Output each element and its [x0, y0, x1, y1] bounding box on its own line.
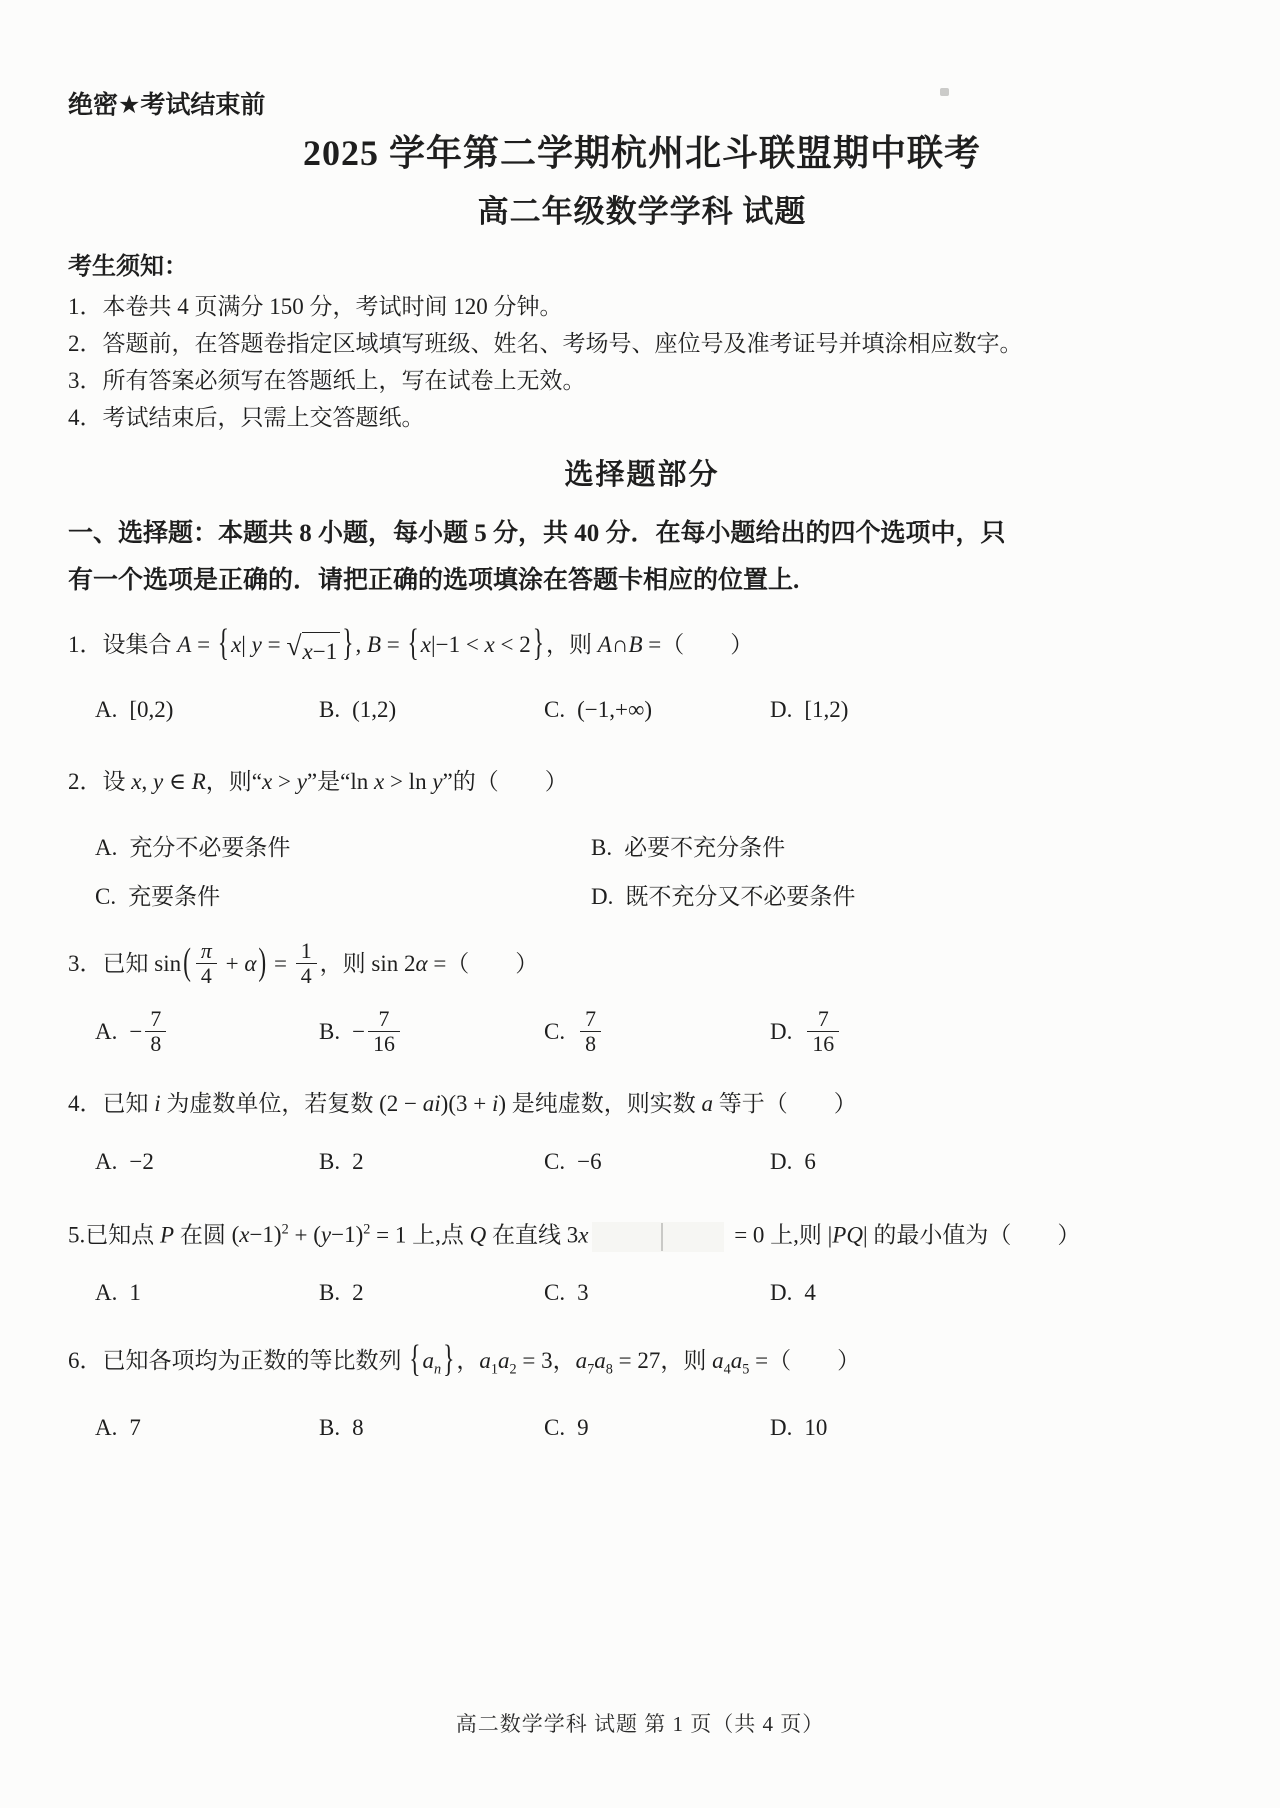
- option-D: D.4: [770, 1280, 1216, 1306]
- question-5: 5.已知点 P 在圆 (x−1)2 + (y−1)2 = 1 上,点 Q 在直线…: [68, 1211, 1216, 1307]
- question-2: 2．设 x, y ∈ R，则“x > y”是“ln x > ln y”的（ ）A…: [68, 763, 1216, 911]
- notice-item: 2．答题前，在答题卷指定区域填写班级、姓名、考场号、座位号及准考证号并填涂相应数…: [68, 325, 1216, 362]
- option-B: B.8: [319, 1415, 544, 1441]
- section-intro: 一、选择题：本题共 8 小题，每小题 5 分，共 40 分．在每小题给出的四个选…: [68, 510, 1216, 604]
- math-italic-run: x, y: [131, 769, 163, 794]
- option-label: B.: [319, 1280, 340, 1305]
- question-stem: 5.已知点 P 在圆 (x−1)2 + (y−1)2 = 1 上,点 Q 在直线…: [68, 1211, 1216, 1255]
- text-run: 上,点: [406, 1222, 469, 1247]
- option-label: B.: [319, 1019, 340, 1044]
- big-delimiter: }: [533, 613, 544, 675]
- option-B: B.2: [319, 1280, 544, 1306]
- text-run: ，则“: [206, 769, 262, 794]
- math-upright-run: +: [220, 951, 244, 976]
- math-upright-run: ,: [355, 632, 367, 657]
- text-run: 等于（ ）: [713, 1091, 857, 1116]
- option-C: C.充要条件: [95, 878, 591, 911]
- question-3: 3．已知 sin(π4 + α) = 14，则 sin 2α =（ ）A.−78…: [68, 941, 1216, 1059]
- option-label: D.: [770, 1415, 792, 1440]
- option-label: D.: [770, 697, 792, 722]
- question-list: 1．设集合 A = {x| y = √x−1}, B = {x|−1 < x <…: [68, 626, 1216, 1441]
- text-run: 为虚数单位，若复数: [161, 1091, 380, 1116]
- fraction: 716: [368, 1007, 400, 1057]
- math-upright-run: 3: [577, 1280, 589, 1305]
- option-B: B.必要不充分条件: [591, 829, 1216, 862]
- option-label: C.: [544, 697, 565, 722]
- math-upright-run: =: [191, 632, 215, 657]
- subscripted-term: a4: [712, 1348, 731, 1373]
- option-A: A.充分不必要条件: [95, 829, 591, 862]
- subscripted-term: a5: [731, 1348, 750, 1373]
- math-upright-run: ln: [350, 769, 374, 794]
- math-italic-run: x: [578, 1222, 588, 1247]
- option-D: D.6: [770, 1149, 1216, 1175]
- option-label: A.: [95, 1149, 117, 1174]
- math-upright-run: sin: [154, 951, 181, 976]
- notice-heading: 考生须知：: [68, 252, 1216, 282]
- option-A: A.[0,2): [95, 697, 319, 723]
- option-value: 8: [352, 1415, 364, 1440]
- option-C: C.9: [544, 1415, 770, 1441]
- question-options: A.−2B.2C.−6D.6: [68, 1149, 1216, 1175]
- question-stem: 4．已知 i 为虚数单位，若复数 (2 − ai)(3 + i) 是纯虚数，则实…: [68, 1085, 1216, 1123]
- big-delimiter: {: [408, 613, 419, 675]
- option-value: 3: [577, 1280, 589, 1305]
- text-run: 2．设: [68, 769, 131, 794]
- obscured-region: [592, 1222, 724, 1252]
- option-value: 充要条件: [128, 884, 220, 909]
- fraction: π4: [196, 939, 217, 989]
- radical: √x−1: [286, 632, 340, 671]
- math-upright-run: −6: [577, 1149, 601, 1174]
- option-value: 9: [577, 1415, 589, 1440]
- math-upright-run: 8: [352, 1415, 364, 1440]
- math-italic-run: P: [160, 1222, 174, 1247]
- option-label: D.: [770, 1019, 792, 1044]
- text-run: ，: [456, 1348, 479, 1373]
- math-upright-run: = 3: [517, 1348, 553, 1373]
- math-upright-run: |−1 <: [431, 632, 485, 657]
- math-upright-run: ∈: [163, 769, 192, 794]
- option-A: A.−78: [95, 1009, 319, 1059]
- page-content: 绝密★考试结束前 2025 学年第二学期杭州北斗联盟期中联考 高二年级数学学科 …: [0, 0, 1280, 1441]
- question-1: 1．设集合 A = {x| y = √x−1}, B = {x|−1 < x <…: [68, 626, 1216, 723]
- big-delimiter: {: [409, 1330, 420, 1392]
- question-options: A.7B.8C.9D.10: [68, 1415, 1216, 1441]
- math-italic-run: y: [432, 769, 442, 794]
- math-upright-run: −: [129, 1019, 142, 1044]
- math-italic-run: x > y: [262, 769, 307, 794]
- option-label: D.: [770, 1280, 792, 1305]
- option-value: 716: [804, 1019, 842, 1044]
- security-label: 绝密★考试结束前: [68, 90, 1216, 120]
- math-italic-run: B: [628, 632, 642, 657]
- option-value: [0,2): [129, 697, 173, 722]
- section-intro-line-2: 有一个选项是正确的．请把正确的选项填涂在答题卡相应的位置上.: [68, 557, 1216, 604]
- big-delimiter: }: [443, 1330, 454, 1392]
- option-value: 6: [804, 1149, 816, 1174]
- math-upright-run: [0,2): [129, 697, 173, 722]
- exam-subtitle: 高二年级数学学科 试题: [68, 192, 1216, 232]
- math-upright-run: 2: [352, 1149, 364, 1174]
- question-options: A.−78B.−716C.78D.716: [68, 1009, 1216, 1059]
- option-B: B.−716: [319, 1009, 544, 1059]
- fraction: 716: [807, 1007, 839, 1057]
- math-upright-run: ∩: [612, 632, 629, 657]
- math-italic-run: Q: [470, 1222, 487, 1247]
- option-label: B.: [319, 697, 340, 722]
- option-value: −2: [129, 1149, 153, 1174]
- notice-item: 3．所有答案必须写在答题纸上，写在试卷上无效。: [68, 362, 1216, 399]
- option-D: D.10: [770, 1415, 1216, 1441]
- subscripted-term: a2: [498, 1348, 517, 1373]
- math-italic-run: R: [192, 769, 206, 794]
- math-upright-run: =: [262, 632, 286, 657]
- math-upright-run: 1: [129, 1280, 141, 1305]
- option-value: 4: [804, 1280, 816, 1305]
- math-upright-run: (1,2): [352, 697, 396, 722]
- math-italic-run: y: [252, 632, 262, 657]
- text-run: 充分不必要条件: [129, 835, 290, 860]
- math-italic-run: x: [421, 632, 431, 657]
- math-italic-run: B: [367, 632, 381, 657]
- option-value: 2: [352, 1149, 364, 1174]
- text-run: 必要不充分条件: [624, 835, 785, 860]
- math-upright-run: 9: [577, 1415, 589, 1440]
- option-C: C.78: [544, 1009, 770, 1059]
- math-italic-run: PQ: [832, 1222, 863, 1247]
- option-label: A.: [95, 1019, 117, 1044]
- math-upright-run: −2: [129, 1149, 153, 1174]
- obscured-region-mark: [661, 1223, 663, 1251]
- option-D: D.[1,2): [770, 697, 1216, 723]
- fraction: 14: [296, 939, 317, 989]
- subscripted-term: a7: [576, 1348, 595, 1373]
- option-value: (−1,+∞): [577, 697, 652, 722]
- option-label: C.: [544, 1019, 565, 1044]
- math-upright-run: > ln: [384, 769, 432, 794]
- notice-list: 1．本卷共 4 页满分 150 分，考试时间 120 分钟。2．答题前，在答题卷…: [68, 288, 1216, 436]
- option-D: D.716: [770, 1009, 1216, 1059]
- math-upright-run: =: [381, 632, 405, 657]
- math-upright-run: = 0: [728, 1222, 764, 1247]
- math-upright-run: |: [241, 632, 251, 657]
- math-upright-run: =: [268, 951, 292, 976]
- question-options: A.充分不必要条件B.必要不充分条件C.充要条件D.既不充分又不必要条件: [68, 829, 1216, 911]
- superscripted-term: (y−1)2: [313, 1222, 370, 1247]
- math-italic-run: α: [415, 951, 427, 976]
- text-run: 的最小值为（ ）: [868, 1222, 1081, 1247]
- big-delimiter: (: [183, 932, 191, 994]
- option-label: C.: [544, 1280, 565, 1305]
- option-A: A.−2: [95, 1149, 319, 1175]
- option-value: −78: [129, 1019, 169, 1044]
- option-label: A.: [95, 835, 117, 860]
- text-run: ，则: [546, 632, 598, 657]
- text-run: 在圆: [174, 1222, 232, 1247]
- big-delimiter: }: [342, 613, 353, 675]
- option-value: 1: [129, 1280, 141, 1305]
- text-run: （ ）: [661, 632, 753, 657]
- math-upright-run: =: [643, 632, 662, 657]
- option-value: 充分不必要条件: [129, 835, 290, 860]
- scan-artifact: [940, 88, 949, 96]
- option-value: (1,2): [352, 697, 396, 722]
- math-italic-run: A: [177, 632, 191, 657]
- question-stem: 1．设集合 A = {x| y = √x−1}, B = {x|−1 < x <…: [68, 626, 1216, 671]
- math-italic-run: A: [598, 632, 612, 657]
- question-4: 4．已知 i 为虚数单位，若复数 (2 − ai)(3 + i) 是纯虚数，则实…: [68, 1085, 1216, 1175]
- math-italic-run: a: [702, 1091, 714, 1116]
- option-label: D.: [770, 1149, 792, 1174]
- math-upright-run: =: [749, 1348, 768, 1373]
- option-A: A.7: [95, 1415, 319, 1441]
- option-label: A.: [95, 1415, 117, 1440]
- option-label: C.: [544, 1149, 565, 1174]
- notice-item: 4．考试结束后，只需上交答题纸。: [68, 399, 1216, 436]
- section-title: 选择题部分: [68, 456, 1216, 494]
- question-options: A.1B.2C.3D.4: [68, 1280, 1216, 1306]
- text-run: 1．设集合: [68, 632, 177, 657]
- text-run: （ ）: [446, 951, 538, 976]
- option-C: C.(−1,+∞): [544, 697, 770, 723]
- math-italic-run: x: [231, 632, 241, 657]
- question-options: A.[0,2)B.(1,2)C.(−1,+∞)D.[1,2): [68, 697, 1216, 723]
- option-C: C.−6: [544, 1149, 770, 1175]
- math-upright-run: 3: [567, 1222, 579, 1247]
- math-upright-run: −: [352, 1019, 365, 1044]
- exam-paper-page: 绝密★考试结束前 2025 学年第二学期杭州北斗联盟期中联考 高二年级数学学科 …: [0, 0, 1280, 1808]
- math-upright-run: 2: [352, 1280, 364, 1305]
- text-run: 既不充分又不必要条件: [625, 884, 855, 909]
- fraction: 78: [580, 1007, 601, 1057]
- math-upright-run: 6: [804, 1149, 816, 1174]
- math-upright-run: = 1: [370, 1222, 406, 1247]
- option-A: A.1: [95, 1280, 319, 1306]
- text-run: 是纯虚数，则实数: [506, 1091, 702, 1116]
- text-run: （ ）: [768, 1348, 860, 1373]
- math-upright-run: =: [428, 951, 447, 976]
- text-run: 3．已知: [68, 951, 154, 976]
- option-label: A.: [95, 697, 117, 722]
- subscripted-term: an: [423, 1348, 442, 1373]
- math-upright-run: 10: [804, 1415, 827, 1440]
- text-run: 充要条件: [128, 884, 220, 909]
- math-upright-run: < 2: [495, 632, 531, 657]
- fraction: 78: [145, 1007, 166, 1057]
- text-run: 上,则: [764, 1222, 827, 1247]
- option-value: 7: [129, 1415, 141, 1440]
- math-upright-run: (−1,+∞): [577, 697, 652, 722]
- math-upright-run: = 27: [613, 1348, 660, 1373]
- text-run: 4．已知: [68, 1091, 154, 1116]
- option-B: B.(1,2): [319, 697, 544, 723]
- question-6: 6．已知各项均为正数的等比数列 {an}，a1a2 = 3，a7a8 = 27，…: [68, 1342, 1216, 1441]
- text-run: 5.已知点: [68, 1222, 160, 1247]
- section-intro-line-1: 一、选择题：本题共 8 小题，每小题 5 分，共 40 分．在每小题给出的四个选…: [68, 510, 1216, 557]
- option-value: 既不充分又不必要条件: [625, 884, 855, 909]
- text-run: ”是“: [307, 769, 350, 794]
- question-stem: 6．已知各项均为正数的等比数列 {an}，a1a2 = 3，a7a8 = 27，…: [68, 1342, 1216, 1389]
- big-delimiter: {: [218, 613, 229, 675]
- math-italic-run: α: [244, 951, 256, 976]
- superscripted-term: (x−1)2: [232, 1222, 289, 1247]
- math-upright-run: 7: [129, 1415, 141, 1440]
- option-label: C.: [544, 1415, 565, 1440]
- option-value: −716: [352, 1019, 403, 1044]
- option-B: B.2: [319, 1149, 544, 1175]
- math-upright-run: )(3 +: [441, 1091, 492, 1116]
- subscripted-term: a1: [479, 1348, 498, 1373]
- text-run: ，: [553, 1348, 576, 1373]
- question-stem: 2．设 x, y ∈ R，则“x > y”是“ln x > ln y”的（ ）: [68, 763, 1216, 801]
- option-value: 必要不充分条件: [624, 835, 785, 860]
- question-stem: 3．已知 sin(π4 + α) = 14，则 sin 2α =（ ）: [68, 941, 1216, 991]
- math-upright-run: +: [289, 1222, 313, 1247]
- option-value: [1,2): [804, 697, 848, 722]
- option-value: 2: [352, 1280, 364, 1305]
- math-upright-run: 4: [804, 1280, 816, 1305]
- math-upright-run: (2 −: [379, 1091, 423, 1116]
- math-italic-run: x: [485, 632, 495, 657]
- exam-title: 2025 学年第二学期杭州北斗联盟期中联考: [68, 130, 1216, 176]
- option-value: 78: [577, 1019, 604, 1044]
- text-run: ”的（ ）: [443, 769, 568, 794]
- option-label: C.: [95, 884, 116, 909]
- text-run: 在直线: [486, 1222, 567, 1247]
- page-footer: 高二数学学科 试题 第 1 页（共 4 页）: [0, 1708, 1280, 1738]
- big-delimiter: ): [258, 932, 266, 994]
- notice-item: 1．本卷共 4 页满分 150 分，考试时间 120 分钟。: [68, 288, 1216, 325]
- option-C: C.3: [544, 1280, 770, 1306]
- math-upright-run: ): [498, 1091, 506, 1116]
- text-run: 6．已知各项均为正数的等比数列: [68, 1348, 407, 1373]
- math-italic-run: ai: [423, 1091, 441, 1116]
- math-italic-run: x: [374, 769, 384, 794]
- option-label: D.: [591, 884, 613, 909]
- option-D: D.既不充分又不必要条件: [591, 878, 1216, 911]
- option-value: 10: [804, 1415, 827, 1440]
- math-upright-run: sin 2: [371, 951, 415, 976]
- math-upright-run: [1,2): [804, 697, 848, 722]
- option-label: A.: [95, 1280, 117, 1305]
- text-run: ，则: [320, 951, 372, 976]
- option-label: B.: [319, 1149, 340, 1174]
- text-run: ，则: [660, 1348, 712, 1373]
- option-value: −6: [577, 1149, 601, 1174]
- option-label: B.: [591, 835, 612, 860]
- subscripted-term: a8: [594, 1348, 613, 1373]
- option-label: B.: [319, 1415, 340, 1440]
